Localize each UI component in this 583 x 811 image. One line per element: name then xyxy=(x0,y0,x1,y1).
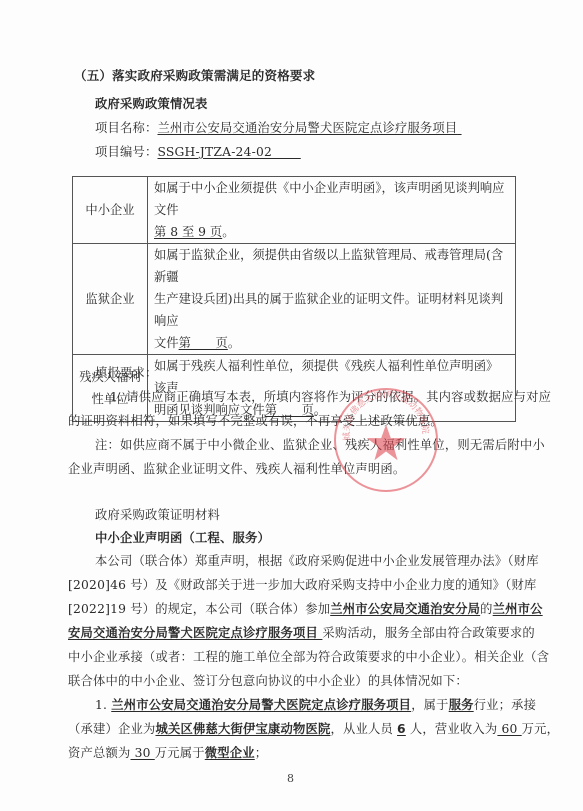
description-line: 生产建设兵团)出具的属于监狱企业的证明文件。证明材料见谈判响应 xyxy=(154,288,509,332)
declaration-text: ，属于 xyxy=(411,698,449,712)
fill-requirements-title: 填报要求： xyxy=(95,365,158,381)
staff-count: 6 xyxy=(397,722,406,736)
enterprise-item-line: （承建）企业为城关区佛慈大街伊宝康动物医院，从业人员 6 人，营业收入为 60 … xyxy=(68,721,559,737)
section-heading: （五）落实政府采购政策需满足的资格要求 xyxy=(74,68,315,84)
project-name-value: 兰州市公安局交通治安分局警犬医院定点诊疗服务项目 xyxy=(158,121,458,135)
document-page: （五）落实政府采购政策需满足的资格要求 政府采购政策情况表 项目名称：兰州市公安… xyxy=(0,0,583,811)
page-number: 8 xyxy=(287,772,294,785)
description-line: 如属于中小企业须提供《中小企业声明函》，该声明函见谈判响应文件 xyxy=(154,177,509,221)
declaration-text: （承建）企业为 xyxy=(68,722,155,736)
declaration-paragraph-line: [2022]19 号）的规定，本公司（联合体）参加兰州市公安局交通治安分局的兰州… xyxy=(68,601,543,617)
declaration-title: 中小企业声明函（工程、服务） xyxy=(95,530,270,546)
item-number: 1. xyxy=(95,698,111,712)
project-name: 安局交通治安分局警犬医院定点诊疗服务项目 xyxy=(68,626,322,640)
enterprise-item-line: 资产总额为 30 万元属于微型企业； xyxy=(68,745,267,761)
note-line: 注：如供应商不属于中小微企业、监狱企业、残疾人福利性单位，则无需后附中小 xyxy=(95,437,545,453)
description-text: 文件 xyxy=(154,336,179,350)
policy-table: 中小企业 如属于中小企业须提供《中小企业声明函》，该声明函见谈判响应文件 第 8… xyxy=(72,176,516,422)
declaration-text: 万元属于 xyxy=(155,746,205,760)
category-cell: 监狱企业 xyxy=(73,244,148,355)
project-name: 兰州市公安局交通治安分局警犬医院定点诊疗服务项目 xyxy=(111,698,411,712)
declaration-text: 的 xyxy=(480,602,493,616)
enterprise-type: 微型企业 xyxy=(205,746,255,760)
project-name: 兰州市公 xyxy=(493,602,543,616)
enterprise-item-line: 1. 兰州市公安局交通治安分局警犬医院定点诊疗服务项目，属于服务行业；承接 xyxy=(95,697,536,713)
table-title: 政府采购政策情况表 xyxy=(95,96,207,112)
star-icon: 城关区佛慈大街伊宝康动物医院 xyxy=(336,390,436,490)
proof-materials-title: 政府采购政策证明材料 xyxy=(95,507,220,523)
punctuation: ； xyxy=(255,746,268,760)
punctuation: 。 xyxy=(228,336,240,350)
page-range: 第 8 至 9 页 xyxy=(154,225,222,239)
description-line: 如属于监狱企业，须提供由省级以上监狱管理局、戒毒管理局(含新疆 xyxy=(154,244,509,288)
declaration-text: 人，营业收入为 xyxy=(406,722,498,736)
project-number-label: 项目编号： xyxy=(95,145,158,159)
declaration-text: 行业；承接 xyxy=(474,698,537,712)
industry: 服务 xyxy=(449,698,474,712)
project-number-value: SSGH-JTZA-24-02 xyxy=(158,145,273,159)
declaration-text: ，从业人员 xyxy=(330,722,397,736)
table-row: 监狱企业 如属于监狱企业，须提供由省级以上监狱管理局、戒毒管理局(含新疆 生产建… xyxy=(73,244,516,355)
declaration-paragraph-line: [2020]46 号）及《财政部关于进一步加大政府采购支持中小企业力度的通知》（… xyxy=(68,577,537,593)
category-cell: 中小企业 xyxy=(73,177,148,244)
punctuation: 。 xyxy=(222,225,234,239)
project-name-label: 项目名称： xyxy=(95,121,158,135)
company-seal-stamp: 城关区佛慈大街伊宝康动物医院 xyxy=(334,388,438,492)
description-cell: 如属于监狱企业，须提供由省级以上监狱管理局、戒毒管理局(含新疆 生产建设兵团)出… xyxy=(148,244,516,355)
declaration-text: 资产总额为 xyxy=(68,746,131,760)
project-name-row: 项目名称：兰州市公安局交通治安分局警犬医院定点诊疗服务项目 xyxy=(95,120,462,136)
purchaser-name: 兰州市公安局交通治安分局 xyxy=(330,602,480,616)
declaration-paragraph-line: 中小企业承接（或者：工程的施工单位全部为符合政策要求的中小企业）。相关企业（含 xyxy=(68,649,549,665)
declaration-paragraph-line: 联合体中的中小企业、签订分包意向协议的中小企业）的具体情况如下： xyxy=(68,673,468,689)
table-row: 中小企业 如属于中小企业须提供《中小企业声明函》，该声明函见谈判响应文件 第 8… xyxy=(73,177,516,244)
description-cell: 如属于中小企业须提供《中小企业声明函》，该声明函见谈判响应文件 第 8 至 9 … xyxy=(148,177,516,244)
declaration-text: 采购活动，服务全部由符合政策要求的 xyxy=(322,626,534,640)
project-number-row: 项目编号：SSGH-JTZA-24-02 xyxy=(95,144,301,160)
company-name: 城关区佛慈大街伊宝康动物医院 xyxy=(155,722,330,736)
page-blank: 第 页 xyxy=(179,336,228,350)
description-cell: 如属于残疾人福利性单位，须提供《残疾人福利性单位声明函》该声 明函见谈判响应文件… xyxy=(148,355,516,422)
declaration-text: 万元， xyxy=(522,722,560,736)
declaration-paragraph-line: 本公司（联合体）郑重声明，根据《政府采购促进中小企业发展管理办法》（财库 xyxy=(95,553,539,569)
declaration-paragraph-line: 安局交通治安分局警犬医院定点诊疗服务项目 采购活动，服务全部由符合政策要求的 xyxy=(68,625,535,641)
requirement-item-1: 1. 请供应商正确填写本表，所填内容将作为评分的依据。其内容或数据应与对应 xyxy=(110,389,551,405)
revenue: 60 xyxy=(497,722,521,736)
declaration-text: [2022]19 号）的规定，本公司（联合体）参加 xyxy=(68,602,330,616)
total-assets: 30 xyxy=(131,746,155,760)
